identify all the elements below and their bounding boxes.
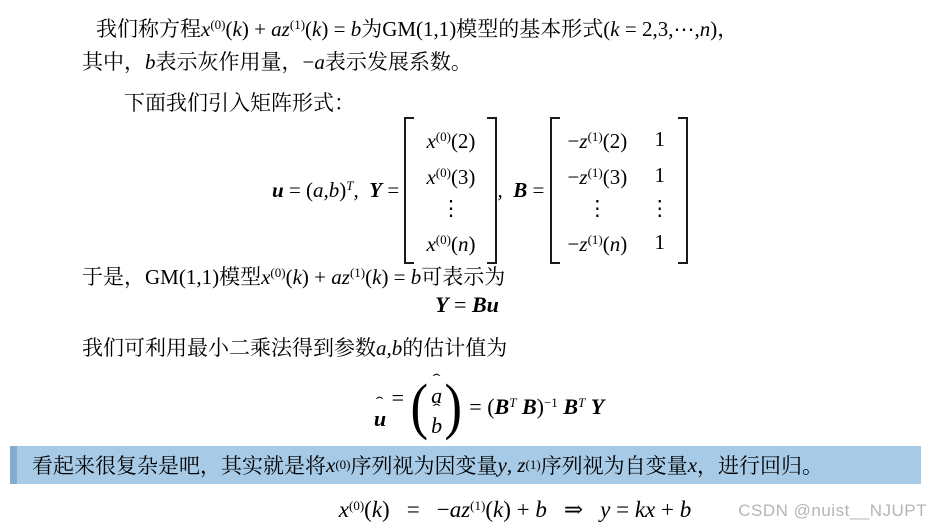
intro-line-2: 其中，b表示灰作用量，−a表示发展系数。 <box>82 47 472 77</box>
document-page: 我们称方程x(0)(k) + az(1)(k) = b为GM(1,1)模型的基本… <box>0 0 934 530</box>
vector-Y-vdots: ⋮ <box>418 193 483 224</box>
b-hat: ˆb <box>431 407 442 437</box>
parameter-column-vector: ˆa ˆb <box>431 377 442 437</box>
right-bracket <box>678 117 688 264</box>
least-squares-line: 我们可利用最小二乘法得到参数a,b的估计值为 <box>82 333 507 363</box>
right-bracket <box>487 117 497 264</box>
matrix-B-cell: 1 <box>649 124 670 155</box>
B-lead-expression: , B = <box>497 178 549 203</box>
matrix-B-cell: −z(1)(3) <box>568 157 628 193</box>
u-y-lead-expression: u = (a,b)T, Y = <box>272 178 404 203</box>
u-hat-lead: ˆu = <box>374 385 410 430</box>
right-paren: ) <box>445 372 463 442</box>
left-bracket <box>404 117 414 264</box>
matrix-B-vdots: ⋮ <box>568 193 628 224</box>
Y-equals-Bu-equation: Y = Bu <box>0 292 934 318</box>
parameter-estimate-equation: ˆu = ( ˆa ˆb ) = (BT B)−1 BT Y <box>22 372 934 442</box>
left-paren: ( <box>411 372 429 442</box>
matrix-B: −z(1)(2) 1 −z(1)(3) 1 ⋮ ⋮ −z(1)(n) 1 <box>560 117 679 264</box>
matrix-definition-equation: u = (a,b)T, Y = x(0)(2) x(0)(3) ⋮ x(0)(n… <box>272 117 688 264</box>
normal-equation-expression: = (BT B)−1 BT Y <box>464 394 604 420</box>
matrix-B-cell: −z(1)(2) <box>568 121 628 157</box>
intro-line-1: 我们称方程x(0)(k) + az(1)(k) = b为GM(1,1)模型的基本… <box>96 10 738 44</box>
vector-Y-row: x(0)(2) <box>418 121 483 157</box>
model-representation-line: 于是，GM(1,1)模型x(0)(k) + az(1)(k) = b可表示为 <box>82 258 505 292</box>
matrix-B-cell: 1 <box>649 160 670 191</box>
vector-Y-row: x(0)(3) <box>418 157 483 193</box>
vector-Y: x(0)(2) x(0)(3) ⋮ x(0)(n) <box>414 117 487 264</box>
vector-Y-row: x(0)(n) <box>418 224 483 260</box>
matrix-B-vdots: ⋮ <box>649 193 670 224</box>
matrix-B-cell: 1 <box>649 227 670 258</box>
left-bracket <box>550 117 560 264</box>
matrix-intro-line: 下面我们引入矩阵形式： <box>124 88 355 118</box>
highlighted-text: 看起来很复杂是吧，其实就是将x(0)序列视为因变量y, z(1)序列视为自变量x… <box>10 446 921 484</box>
watermark: CSDN @nuist__NJUPT <box>738 501 927 521</box>
matrix-B-cell: −z(1)(n) <box>568 224 628 260</box>
